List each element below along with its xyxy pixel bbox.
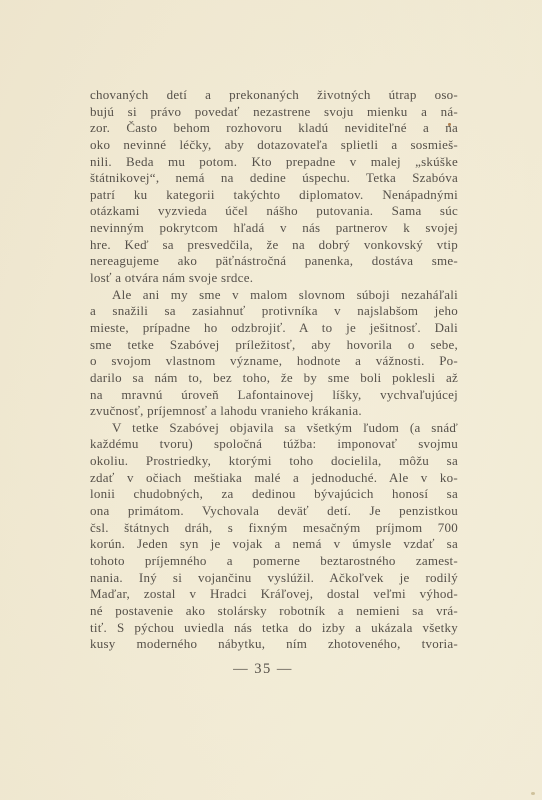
text-line: nereagujeme ako päťnástročná panenka, do… xyxy=(90,253,458,270)
text-line: na mravnú úroveň Lafontainovej líšky, vy… xyxy=(90,387,458,404)
text-line: hre. Keď sa presvedčila, že na dobrý von… xyxy=(90,237,458,254)
text-line: Ale ani my sme v malom slovnom súboji ne… xyxy=(90,287,458,304)
text-line: Maďar, zostal v Hradci Kráľovej, dostal … xyxy=(90,586,458,603)
text-line: čsl. štátnych dráh, s fixným mesačným pr… xyxy=(90,520,458,537)
text-line: losť a otvára nám svoje srdce. xyxy=(90,270,458,287)
text-line: okoliu. Prostriedky, ktorými toho dociel… xyxy=(90,453,458,470)
page-number: — 35 — xyxy=(90,661,458,678)
text-line: otázkami vyzvieda účel nášho putovania. … xyxy=(90,203,458,220)
text-line: V tetke Szabóvej objavila sa všetkým ľud… xyxy=(90,420,458,437)
page-text-block: chovaných detí a prekonaných životných ú… xyxy=(90,87,458,653)
text-line: mieste, prípadne ho odzbrojiť. A to je j… xyxy=(90,320,458,337)
text-line: nili. Beda mu potom. Kto prepadne v male… xyxy=(90,154,458,171)
text-line: oko nevinné léčky, aby dotazovateľa spli… xyxy=(90,137,458,154)
text-line: korún. Jeden syn je vojak a nemá v úmysl… xyxy=(90,536,458,553)
paragraph: V tetke Szabóvej objavila sa všetkým ľud… xyxy=(90,420,458,653)
scanned-book-page: chovaných detí a prekonaných životných ú… xyxy=(0,0,542,800)
text-line: o svojom vlastnom význame, hodnote a váž… xyxy=(90,353,458,370)
text-line: a snažili sa zasiahnuť protivníka v najs… xyxy=(90,303,458,320)
text-line: kusy moderného nábytku, ním zhotoveného,… xyxy=(90,636,458,653)
text-line: lonii chudobných, za dedinou bývajúcich … xyxy=(90,486,458,503)
text-line: ona primátom. Vychovala deväť detí. Je p… xyxy=(90,503,458,520)
text-line: patrí ku kategorii takýchto diplomatov. … xyxy=(90,187,458,204)
text-line: tiť. S pýchou uviedla nás tetka do izby … xyxy=(90,620,458,637)
text-line: nania. Iný si vojančinu vyslúžil. Ačkoľv… xyxy=(90,570,458,587)
text-line: chovaných detí a prekonaných životných ú… xyxy=(90,87,458,104)
text-line: tohoto príjemného a pomerne beztarostnéh… xyxy=(90,553,458,570)
text-line: nevinným pokrytcom hľadá v nás partnerov… xyxy=(90,220,458,237)
text-line: darilo sa nám to, bez toho, že by sme bo… xyxy=(90,370,458,387)
paper-speck xyxy=(531,792,535,795)
text-line: štátnikovej“, nemá na dedine úspechu. Te… xyxy=(90,170,458,187)
text-line: zor. Často behom rozhovoru kladú nevidit… xyxy=(90,120,458,137)
text-line: sme tetke Szabóvej príležitosť, aby hovo… xyxy=(90,337,458,354)
text-line: každému tvoru) spoločná túžba: imponovať… xyxy=(90,436,458,453)
text-line: zvučnosť, príjemnosť a lahodu vranieho k… xyxy=(90,403,458,420)
paragraph: chovaných detí a prekonaných životných ú… xyxy=(90,87,458,287)
paragraph: Ale ani my sme v malom slovnom súboji ne… xyxy=(90,287,458,420)
text-line: zdať v očiach meštiaka malé a jednoduché… xyxy=(90,470,458,487)
text-line: né postavenie ako stolársky robotník a n… xyxy=(90,603,458,620)
text-line: bujú si právo povedať nezastrene svoju m… xyxy=(90,104,458,121)
